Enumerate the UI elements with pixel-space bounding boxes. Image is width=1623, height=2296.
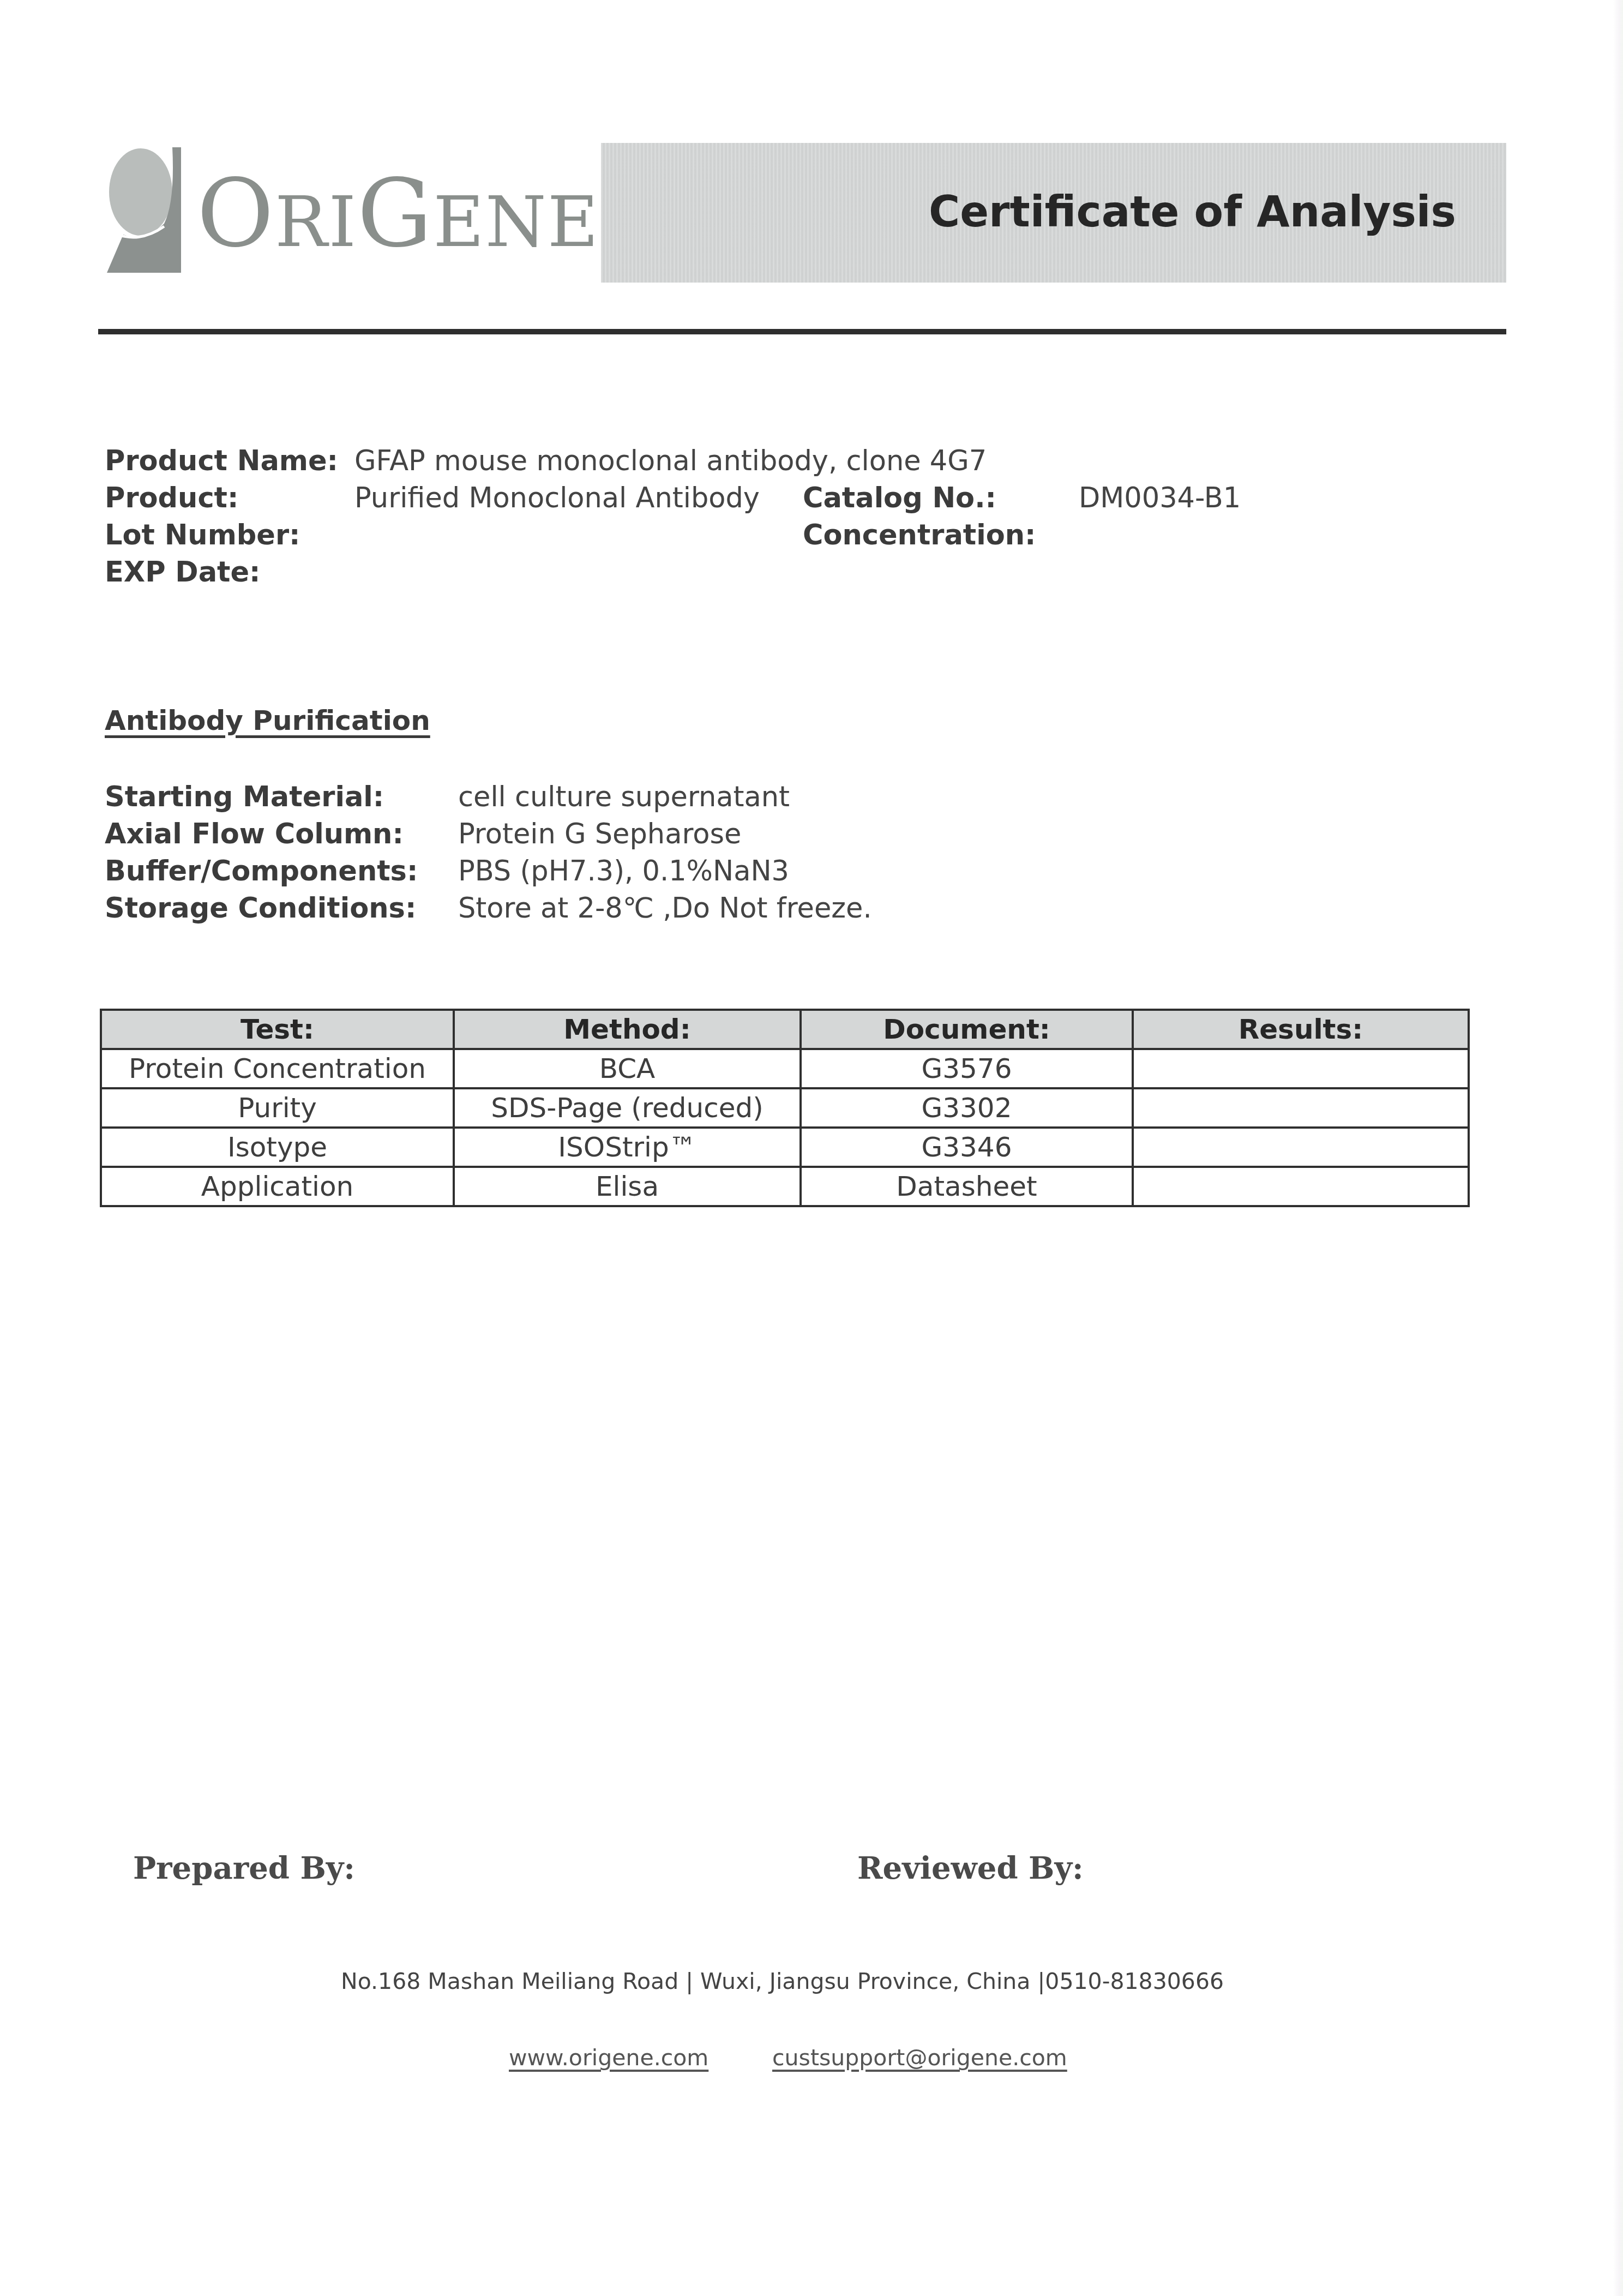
column-header-method: Method: (454, 1010, 801, 1049)
logo-mark-icon (107, 147, 181, 273)
column-header-document: Document: (801, 1010, 1133, 1049)
starting-material-value: cell culture supernatant (458, 779, 790, 816)
test-cell: Protein Concentration (101, 1049, 454, 1088)
catalog-value: DM0034-B1 (1079, 480, 1241, 517)
prepared-by-label: Prepared By: (133, 1850, 355, 1886)
table-row: Protein Concentration BCA G3576 (101, 1049, 1469, 1088)
header-divider (98, 329, 1506, 334)
document-title: Certificate of Analysis (929, 188, 1456, 237)
method-cell: ISOStrip™ (454, 1128, 801, 1167)
product-value: Purified Monoclonal Antibody (354, 480, 760, 517)
results-cell (1133, 1167, 1469, 1206)
method-cell: Elisa (454, 1167, 801, 1206)
method-cell: SDS-Page (reduced) (454, 1088, 801, 1128)
company-address: No.168 Mashan Meiliang Road | Wuxi, Jian… (341, 1968, 1224, 1994)
product-name-value: GFAP mouse monoclonal antibody, clone 4G… (354, 443, 987, 480)
table-row: Purity SDS-Page (reduced) G3302 (101, 1088, 1469, 1128)
reviewed-by-label: Reviewed By: (857, 1850, 1084, 1886)
product-name-label: Product Name: (105, 445, 338, 477)
document-cell: G3576 (801, 1049, 1133, 1088)
results-cell (1133, 1128, 1469, 1167)
document-cell: G3302 (801, 1088, 1133, 1128)
scan-edge (1613, 0, 1623, 2296)
document-cell: G3346 (801, 1128, 1133, 1167)
test-cell: Application (101, 1167, 454, 1206)
origene-logo: ORIGENE (107, 147, 565, 273)
title-band: Certificate of Analysis (601, 143, 1506, 283)
product-label: Product: (105, 480, 238, 517)
catalog-label: Catalog No.: (803, 480, 996, 517)
buffer-components-label: Buffer/Components: (105, 853, 418, 890)
storage-conditions-value: Store at 2-8℃ ,Do Not freeze. (458, 890, 872, 927)
test-cell: Isotype (101, 1128, 454, 1167)
axial-flow-column-value: Protein G Sepharose (458, 816, 741, 853)
table-header-row: Test: Method: Document: Results: (101, 1010, 1469, 1049)
website-link[interactable]: www.origene.com (509, 2045, 708, 2071)
buffer-components-value: PBS (pH7.3), 0.1%NaN3 (458, 853, 789, 890)
document-cell: Datasheet (801, 1167, 1133, 1206)
method-cell: BCA (454, 1049, 801, 1088)
product-name-row: Product Name: (105, 443, 338, 480)
test-results-table: Test: Method: Document: Results: Protein… (100, 1009, 1470, 1207)
storage-conditions-label: Storage Conditions: (105, 890, 416, 927)
support-email-link[interactable]: custsupport@origene.com (772, 2045, 1067, 2071)
exp-date-label: EXP Date: (105, 554, 260, 591)
concentration-label: Concentration: (803, 517, 1036, 554)
axial-flow-column-label: Axial Flow Column: (105, 816, 404, 853)
purification-heading: Antibody Purification (105, 705, 430, 736)
column-header-test: Test: (101, 1010, 454, 1049)
test-cell: Purity (101, 1088, 454, 1128)
table-row: Isotype ISOStrip™ G3346 (101, 1128, 1469, 1167)
results-cell (1133, 1088, 1469, 1128)
lot-number-label: Lot Number: (105, 517, 300, 554)
starting-material-label: Starting Material: (105, 779, 384, 816)
column-header-results: Results: (1133, 1010, 1469, 1049)
brand-wordmark: ORIGENE (197, 159, 599, 277)
results-cell (1133, 1049, 1469, 1088)
table-row: Application Elisa Datasheet (101, 1167, 1469, 1206)
